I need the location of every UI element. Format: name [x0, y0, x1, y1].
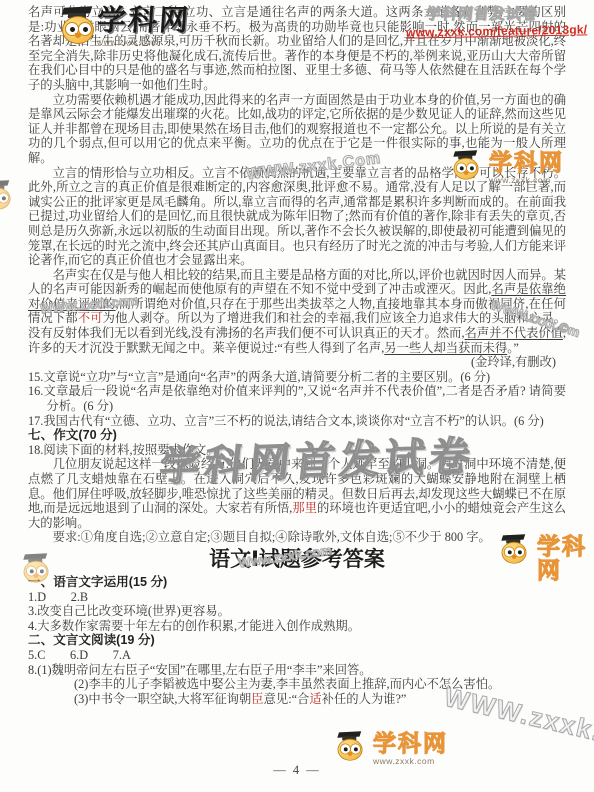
answer-3: 3.改变自己比改变环境(世界)更容易。: [28, 604, 566, 619]
question-16: 16.文章最后一段说“名声是依靠绝对价值来评判的”,又说“名声并不代表价值”,二…: [28, 384, 566, 413]
page-number: — 4 —: [0, 763, 594, 778]
owl-graduation-icon: [0, 180, 11, 210]
question-17: 17.我国古代有“立德、立功、立言”三不朽的说法,请结合文本,谈谈你对“立言不朽…: [28, 414, 566, 429]
essay-paragraph-1: 名声可分为立功、立言二种,立功、立言是通往名声的两条大道。这两条大道各有利弊,主…: [28, 5, 566, 93]
answer-8-1: 8.(1)魏明帝问左右臣子“安国”在哪里,左右臣子用“李丰”来回答。: [28, 663, 566, 678]
answer-key-title: 语文Ⅰ试题参考答案: [28, 545, 566, 575]
answer-1-2: 1.D 2.B: [28, 590, 566, 605]
answer-8-3-red-char: 适: [309, 692, 321, 706]
essay-paragraph-3: 立言的情形恰与立功相反。立言不依赖偶然的机遇,主要靠立言者的品格学问才可以长存不…: [28, 166, 566, 268]
composition-material: 几位朋友说起这样一段探险经历:他们无意中来到一个人迹罕至的山洞。因对洞中环境不清…: [28, 457, 566, 530]
owl-graduation-icon: [336, 731, 363, 761]
scanned-exam-page: 名声可分为立功、立言二种,立功、立言是通往名声的两条大道。这两条大道各有利弊,主…: [0, 0, 594, 792]
answer-8-3-text: 补任的人为谁?”: [322, 692, 407, 706]
section-heading-composition: 七、作文(70 分): [28, 428, 566, 443]
essay-p4-red-mark: 不可: [78, 311, 103, 325]
answer-5-6-7: 5.C 6.D 7.A: [28, 648, 566, 663]
essay-p4-underline-3: 另一些人却当获而未得: [384, 341, 507, 355]
answer-4: 4.大多数作家需要十年左右的创作积累,才能进入创作成熟期。: [28, 619, 566, 634]
zxxk-logo-leftedge: [0, 180, 18, 218]
answer-8-3: (3)中书令一职空缺,大将军征询朝臣意见:“合适补任的人为谁?”: [74, 692, 566, 707]
translator-attribution: (金玲译,有删改): [28, 355, 566, 370]
answer-8-3-text: 意见:“合: [264, 692, 310, 706]
answer-8-3-red-char: 臣: [251, 692, 263, 706]
essay-p4-text: 。”: [507, 341, 519, 355]
question-15: 15.文章说“立功”与“立言”是通向“名声”的两条大道,请简要分析二者的主要区别…: [28, 370, 566, 385]
answer-8-3-text: (3)中书令一职空缺,大将军征询朝: [74, 692, 251, 706]
section-heading-language-use: 一、语言文字运用(15 分): [28, 575, 566, 590]
section-heading-classical-reading: 二、文言文阅读(19 分): [28, 633, 566, 648]
page-content: 名声可分为立功、立言二种,立功、立言是通往名声的两条大道。这两条大道各有利弊,主…: [28, 5, 566, 706]
essay-paragraph-4: 名声实在仅是与他人相比较的结果,而且主要是品格方面的对比,所以,评价也就因时因人…: [28, 268, 566, 356]
essay-paragraph-2: 立功需要依赖机遇才能成功,因此得来的名声一方面固然是由于功业本身的价值,另一方面…: [28, 93, 566, 166]
question-18-lead: 18.阅读下面的材料,按照要求作文。: [28, 443, 566, 458]
composition-requirements: 要求:①角度自选;②立意自定;③题目自拟;④除诗歌外,文体自选;⑤不少于 800…: [28, 530, 566, 545]
essay-p4-text: 名声实在仅是与他人相比较的结果,而且主要是品格方面的对比,所以,评价也就因时因人…: [28, 268, 566, 297]
material-red-mark: 那里: [292, 501, 317, 515]
answer-8-2: (2)李丰的儿子李韬被选中娶公主为妻,李丰虽然表面上推辞,而内心不怎么害怕。: [74, 677, 566, 692]
zxxk-brand-text: 学科网: [373, 731, 448, 755]
essay-p4-underline-2: 名声并不代表价值: [465, 326, 563, 340]
